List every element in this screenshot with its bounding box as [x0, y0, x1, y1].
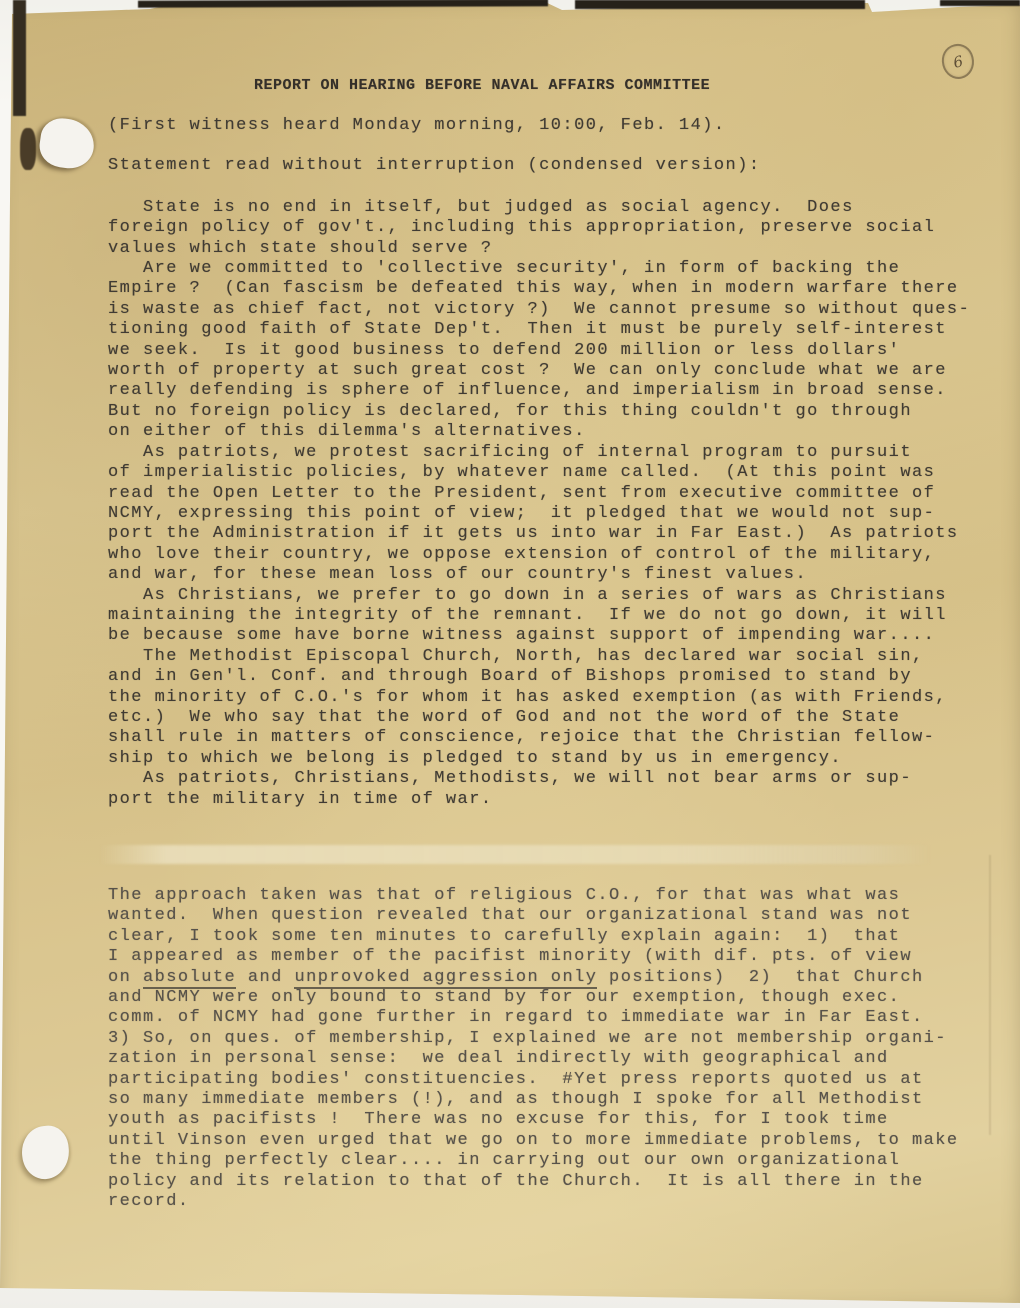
- commentary-lines-after-underline: and NCMY were only bound to stand by for…: [108, 988, 992, 1212]
- torn-edge-top: [940, 0, 1020, 6]
- torn-edge-left-smudge: [20, 128, 36, 170]
- torn-edge-top: [575, 0, 865, 9]
- commentary-lines-before-underline: The approach taken was that of religious…: [108, 886, 992, 968]
- torn-edge-left: [13, 0, 26, 116]
- line-segment: and: [236, 968, 294, 987]
- commentary-section: The approach taken was that of religious…: [108, 886, 992, 1213]
- line-segment: on: [108, 968, 143, 987]
- document-subtitle: (First witness heard Monday morning, 10:…: [108, 116, 992, 136]
- statement-section: State is no end in itself, but judged as…: [108, 198, 992, 810]
- document-body: REPORT ON HEARING BEFORE NAVAL AFFAIRS C…: [108, 76, 992, 1213]
- line-segment: positions) 2) that Church: [597, 968, 923, 987]
- underlined-term-absolute: absolute: [143, 968, 236, 989]
- page-number-text: 6: [951, 52, 965, 72]
- underlined-terms-line: on absolute and unprovoked aggression on…: [108, 968, 992, 988]
- statement-intro: Statement read without interruption (con…: [108, 156, 992, 176]
- document-title: REPORT ON HEARING BEFORE NAVAL AFFAIRS C…: [254, 76, 992, 96]
- underlined-term-unprovoked-aggression-only: unprovoked aggression only: [294, 968, 597, 989]
